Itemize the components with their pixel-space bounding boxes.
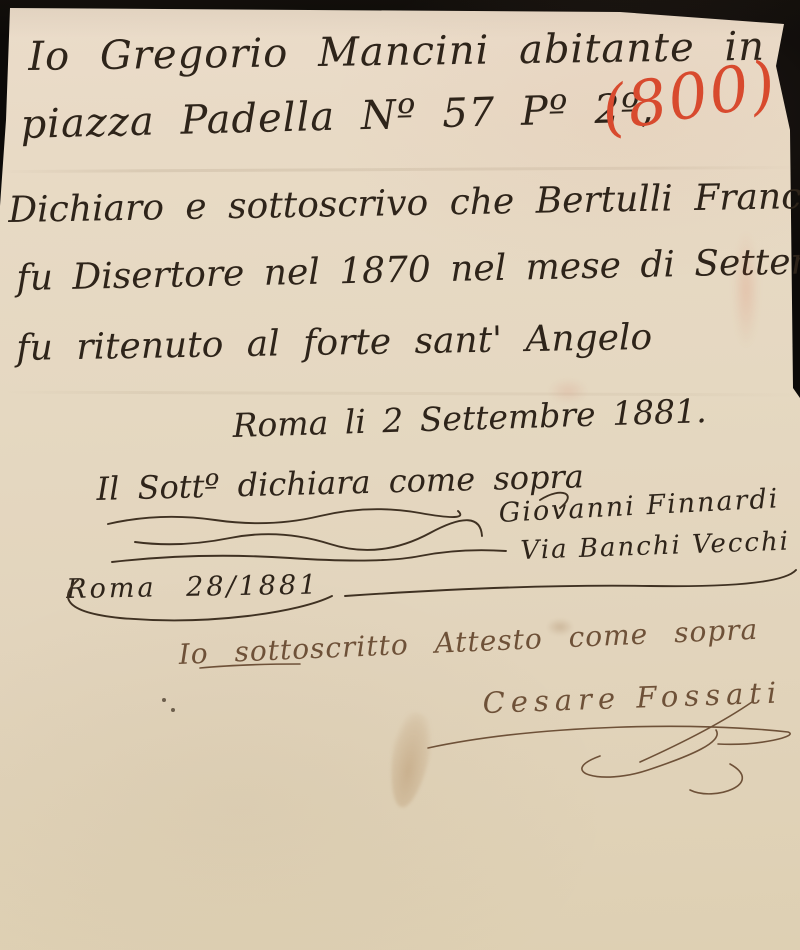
handwritten-second-date: Roma 28/1881 — [66, 570, 320, 605]
photographed-document: Io Gregorio Mancini abitante in piazza P… — [0, 0, 800, 950]
ink-dot — [162, 698, 166, 702]
ink-dot — [171, 708, 175, 712]
